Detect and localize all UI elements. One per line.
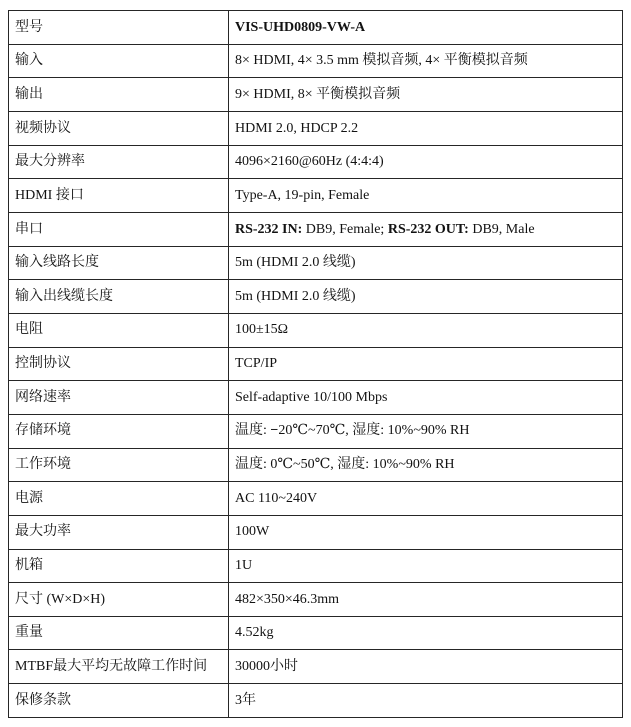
table-row: 最大分辨率4096×2160@60Hz (4:4:4) [9, 145, 623, 179]
table-row: 型号VIS-UHD0809-VW-A [9, 11, 623, 45]
spec-label: 电阻 [9, 313, 229, 347]
spec-value: Self-adaptive 10/100 Mbps [229, 381, 623, 415]
table-row: 电源AC 110~240V [9, 482, 623, 516]
spec-value-segment: 4096×2160@60Hz (4:4:4) [235, 154, 384, 169]
spec-value-segment: 温度: 0℃~50℃, 湿度: 10%~90% RH [235, 457, 455, 472]
spec-label: 最大功率 [9, 515, 229, 549]
spec-value-segment: 3年 [235, 693, 256, 708]
spec-value: AC 110~240V [229, 482, 623, 516]
spec-value: 9× HDMI, 8× 平衡模拟音频 [229, 78, 623, 112]
spec-sheet: 型号VIS-UHD0809-VW-A输入8× HDMI, 4× 3.5 mm 模… [0, 0, 631, 727]
spec-table: 型号VIS-UHD0809-VW-A输入8× HDMI, 4× 3.5 mm 模… [8, 10, 623, 718]
spec-value-segment: 482×350×46.3mm [235, 592, 339, 607]
spec-value: 5m (HDMI 2.0 线缆) [229, 246, 623, 280]
spec-value: VIS-UHD0809-VW-A [229, 11, 623, 45]
table-row: 尺寸 (W×D×H)482×350×46.3mm [9, 583, 623, 617]
spec-label: MTBF最大平均无故障工作时间 [9, 650, 229, 684]
spec-value: 100±15Ω [229, 313, 623, 347]
table-row: 电阻100±15Ω [9, 313, 623, 347]
spec-label: HDMI 接口 [9, 179, 229, 213]
table-row: 输入线路长度5m (HDMI 2.0 线缆) [9, 246, 623, 280]
spec-value-segment: TCP/IP [235, 356, 277, 371]
table-row: 机箱1U [9, 549, 623, 583]
spec-value-segment: 100W [235, 524, 269, 539]
table-row: 保修条款3年 [9, 684, 623, 718]
spec-label: 重量 [9, 616, 229, 650]
spec-value: RS-232 IN: DB9, Female; RS-232 OUT: DB9,… [229, 212, 623, 246]
spec-value-segment-bold: RS-232 OUT: [388, 222, 469, 237]
spec-value-segment: 5m (HDMI 2.0 线缆) [235, 289, 356, 304]
spec-value: HDMI 2.0, HDCP 2.2 [229, 111, 623, 145]
spec-value-segment: 1U [235, 558, 252, 573]
spec-value: 4096×2160@60Hz (4:4:4) [229, 145, 623, 179]
spec-value-segment: 温度: [235, 423, 270, 438]
table-row: 工作环境温度: 0℃~50℃, 湿度: 10%~90% RH [9, 448, 623, 482]
table-row: 重量4.52kg [9, 616, 623, 650]
spec-value-segment: Self-adaptive 10/100 Mbps [235, 390, 387, 405]
spec-label: 型号 [9, 11, 229, 45]
table-row: 输入8× HDMI, 4× 3.5 mm 模拟音频, 4× 平衡模拟音频 [9, 44, 623, 78]
spec-value: Type-A, 19-pin, Female [229, 179, 623, 213]
spec-value: TCP/IP [229, 347, 623, 381]
spec-label: 机箱 [9, 549, 229, 583]
spec-label: 保修条款 [9, 684, 229, 718]
spec-label: 输入线路长度 [9, 246, 229, 280]
spec-value-segment: DB9, Female; [302, 222, 388, 237]
spec-value-segment: 8× HDMI, 4× 3.5 mm 模拟音频, 4× 平衡模拟音频 [235, 53, 528, 68]
table-row: 串口RS-232 IN: DB9, Female; RS-232 OUT: DB… [9, 212, 623, 246]
table-row: HDMI 接口Type-A, 19-pin, Female [9, 179, 623, 213]
spec-value-segment: 5m (HDMI 2.0 线缆) [235, 255, 356, 270]
spec-label: 输入 [9, 44, 229, 78]
table-row: MTBF最大平均无故障工作时间30000小时 [9, 650, 623, 684]
spec-label: 工作环境 [9, 448, 229, 482]
spec-label: 电源 [9, 482, 229, 516]
spec-value-segment: 4.52kg [235, 625, 274, 640]
table-row: 输入出线缆长度5m (HDMI 2.0 线缆) [9, 280, 623, 314]
spec-value: 1U [229, 549, 623, 583]
spec-value: 30000小时 [229, 650, 623, 684]
spec-value: 温度: 0℃~50℃, 湿度: 10%~90% RH [229, 448, 623, 482]
spec-value: 8× HDMI, 4× 3.5 mm 模拟音频, 4× 平衡模拟音频 [229, 44, 623, 78]
spec-label: 存储环境 [9, 414, 229, 448]
spec-label: 输入出线缆长度 [9, 280, 229, 314]
spec-value: 温度: −20℃~70℃, 湿度: 10%~90% RH [229, 414, 623, 448]
spec-value-segment: DB9, Male [469, 222, 535, 237]
spec-value-segment: Type-A, 19-pin, Female [235, 188, 369, 203]
table-row: 存储环境温度: −20℃~70℃, 湿度: 10%~90% RH [9, 414, 623, 448]
table-row: 控制协议TCP/IP [9, 347, 623, 381]
spec-value: 482×350×46.3mm [229, 583, 623, 617]
spec-value-segment-bold: RS-232 IN: [235, 222, 302, 237]
spec-value: 4.52kg [229, 616, 623, 650]
spec-label: 控制协议 [9, 347, 229, 381]
spec-label: 最大分辨率 [9, 145, 229, 179]
spec-label: 串口 [9, 212, 229, 246]
spec-value-segment: 20℃~70℃, 湿度: 10%~90% RH [278, 423, 469, 438]
spec-value: 100W [229, 515, 623, 549]
spec-table-body: 型号VIS-UHD0809-VW-A输入8× HDMI, 4× 3.5 mm 模… [9, 11, 623, 718]
spec-value-segment: HDMI 2.0, HDCP 2.2 [235, 121, 358, 136]
spec-value: 5m (HDMI 2.0 线缆) [229, 280, 623, 314]
spec-value: 3年 [229, 684, 623, 718]
spec-value-segment: AC 110~240V [235, 491, 317, 506]
spec-label: 尺寸 (W×D×H) [9, 583, 229, 617]
spec-label: 输出 [9, 78, 229, 112]
table-row: 最大功率100W [9, 515, 623, 549]
spec-label: 视频协议 [9, 111, 229, 145]
spec-label: 网络速率 [9, 381, 229, 415]
table-row: 网络速率Self-adaptive 10/100 Mbps [9, 381, 623, 415]
spec-value-segment: 30000小时 [235, 659, 298, 674]
spec-value-segment: 9× HDMI, 8× 平衡模拟音频 [235, 87, 400, 102]
table-row: 输出9× HDMI, 8× 平衡模拟音频 [9, 78, 623, 112]
spec-value-segment: 100±15Ω [235, 322, 288, 337]
spec-value-segment-bold: VIS-UHD0809-VW-A [235, 20, 365, 35]
table-row: 视频协议HDMI 2.0, HDCP 2.2 [9, 111, 623, 145]
